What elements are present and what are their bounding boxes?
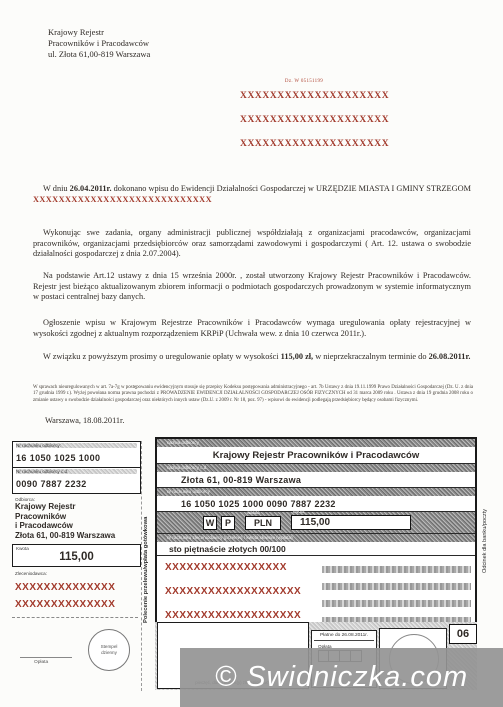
recipient-name-label: nazwa odbiorcy: [167, 440, 199, 445]
recipient-address-field: Złota 61, 00-819 Warszawa: [157, 472, 475, 488]
currency-label: waluta: [245, 510, 260, 515]
slip-payer-block: Zleceniodawca: XXXXXXXXXXXXXX XXXXXXXXXX…: [12, 567, 141, 610]
account-label-band: nr rachunku odbiorcy: [157, 488, 475, 496]
letterhead-line1: Krajowy Rejestr: [48, 27, 150, 38]
letterhead: Krajowy Rejestr Pracowników i Pracodawcó…: [48, 27, 150, 60]
payer-masked-line: XXXXXXXXXXXXXXXXXXX: [165, 610, 316, 621]
slip-amount-value: 115,00: [16, 551, 137, 563]
amount-field: 115,00: [291, 515, 411, 530]
payer-account-label: nr rachunku zleceniodawcy (przelew) / kw…: [167, 535, 293, 540]
p1-text: W dniu: [43, 184, 70, 193]
reference-code: Dz. W 05151199: [240, 79, 368, 84]
bank-copy-vertical-label: Odcinek dla banku/poczty: [482, 468, 488, 573]
payer-slip: Nr rachunku odbiorcy: 16 1050 1025 1000 …: [12, 441, 142, 691]
slip-code-box: 06: [449, 624, 477, 644]
stamp-text: dzienny: [101, 650, 117, 656]
transfer-type-p-box: P: [221, 516, 235, 530]
slip-account-cd-field: Nr rachunku odbiorcy c.d. 0090 7887 2232: [12, 468, 141, 494]
letterhead-line2: Pracowników i Pracodawców: [48, 38, 150, 49]
recipient-name-field: Krajowy Rejestr Pracowników i Pracodawcó…: [157, 447, 475, 464]
amount-row: W P waluta PLN kwota 115,00: [157, 512, 475, 534]
letterhead-line3: ul. Złota 61,00-819 Warszawa: [48, 49, 150, 60]
slip-recipient-block: Odbiorca: Krajowy Rejestr Pracowników i …: [12, 494, 141, 540]
transfer-type-w-box: W: [203, 516, 217, 530]
slip-divider: [12, 617, 138, 618]
p5-amount: 115,00 zł,: [281, 352, 314, 361]
p1-date: 26.04.2011r.: [70, 184, 112, 193]
slip-recipient-line: Krajowy Rejestr: [15, 502, 138, 512]
currency-group: waluta PLN: [245, 510, 281, 530]
payer-masked-column: XXXXXXXXXXXXXXXXX XXXXXXXXXXXXXXXXXXX XX…: [157, 556, 316, 624]
slip-payer-label: Zleceniodawca:: [15, 571, 138, 576]
slip-account-cd-label: Nr rachunku odbiorcy c.d.: [16, 469, 137, 474]
slip-recipient-line: i Pracodawców: [15, 521, 138, 531]
place-and-date: Warszawa, 18.08.2011r.: [45, 416, 124, 425]
masked-addressee-line: XXXXXXXXXXXXXXXXXXXX: [240, 92, 368, 101]
slip-recipient-line: Pracowników: [15, 512, 138, 522]
account-label: nr rachunku odbiorcy: [167, 489, 210, 494]
redacted-bar: [322, 566, 471, 573]
watermark-band: © Swidniczka.com: [180, 648, 503, 707]
p1-text: dokonano wpisu do Ewidencji Działalności…: [112, 184, 471, 193]
scanned-letter-page: Krajowy Rejestr Pracowników i Pracodawcó…: [0, 0, 503, 707]
watermark-text: © Swidniczka.com: [215, 661, 468, 694]
redacted-bar: [322, 583, 471, 590]
p5-deadline: 26.08.2011r.: [429, 352, 471, 361]
payer-masked-line: XXXXXXXXXXXXXXXXXXX: [165, 586, 316, 597]
slip-payer-masked-line: XXXXXXXXXXXXXX: [15, 582, 138, 593]
masked-addressee-line: XXXXXXXXXXXXXXXXXXXX: [240, 140, 368, 149]
amount-in-words-field: sto piętnaście złotych 00/100: [157, 542, 475, 556]
fee-line: [20, 657, 72, 658]
p5-text: w nieprzekraczalnym terminie do: [313, 352, 428, 361]
amount-group: kwota 115,00: [291, 509, 411, 530]
legal-footnote: W sprawach nieuregulowanych w art. 7a-7g…: [33, 385, 473, 404]
reference-block: Dz. W 05151199 XXXXXXXXXXXXXXXXXXXX XXXX…: [240, 79, 368, 164]
daily-stamp-circle: Stempel dzienny: [88, 629, 130, 671]
redacted-bar: [322, 600, 471, 607]
slip-recipient-line: Złota 61, 00-819 Warszawa: [15, 531, 138, 541]
redacted-bars-column: [316, 556, 475, 624]
slip-account-cd-value: 0090 7887 2232: [16, 479, 87, 489]
slip-amount-field: Kwota 115,00: [12, 544, 141, 567]
transfer-order-vertical-label: Polecenie przelewu/wpłata gotówkowa: [143, 455, 149, 623]
paragraph-payment-request: W związku z powyższym prosimy o uregulow…: [33, 352, 471, 363]
recipient-cd-label-band: nazwa odbiorcy c.d.: [157, 464, 475, 472]
payer-account-label-band: nr rachunku zleceniodawcy (przelew) / kw…: [157, 534, 475, 542]
slip-account-label: Nr rachunku odbiorcy:: [16, 443, 137, 448]
p1-masked-name: XXXXXXXXXXXXXXXXXXXXXXXXXXXX: [33, 195, 212, 204]
recipient-cd-label: nazwa odbiorcy c.d.: [167, 465, 208, 470]
masked-addressee-line: XXXXXXXXXXXXXXXXXXXX: [240, 116, 368, 125]
slip-payer-masked-line: XXXXXXXXXXXXXX: [15, 599, 138, 610]
transfer-form: nazwa odbiorcy Krajowy Rejestr Pracownik…: [155, 437, 477, 626]
paragraph-entry-notice: W dniu 26.04.2011r. dokonano wpisu do Ew…: [33, 184, 471, 205]
recipient-name-label-band: nazwa odbiorcy: [157, 439, 475, 447]
slip-account-field: Nr rachunku odbiorcy: 16 1050 1025 1000: [12, 441, 141, 468]
p5-text: W związku z powyższym prosimy o uregulow…: [43, 352, 281, 361]
paragraph-register-info: Na podstawie Art.12 ustawy z dnia 15 wrz…: [33, 271, 471, 303]
slip-account-value: 16 1050 1025 1000: [16, 453, 100, 463]
paragraph-legal-basis: Wykonując swe zadania, organy administra…: [33, 228, 471, 260]
slip-fee-label: Opłata: [34, 660, 48, 665]
payer-masked-line: XXXXXXXXXXXXXXXXX: [165, 562, 316, 573]
payer-details-zone: XXXXXXXXXXXXXXXXX XXXXXXXXXXXXXXXXXXX XX…: [157, 556, 475, 624]
currency-field: PLN: [245, 516, 281, 530]
pay-by-date: Płatne do 26.08.2011r.: [314, 633, 374, 641]
amount-label: kwota: [291, 509, 304, 514]
paragraph-fee-requirement: Ogłoszenie wpisu w Krajowym Rejestrze Pr…: [33, 318, 471, 339]
